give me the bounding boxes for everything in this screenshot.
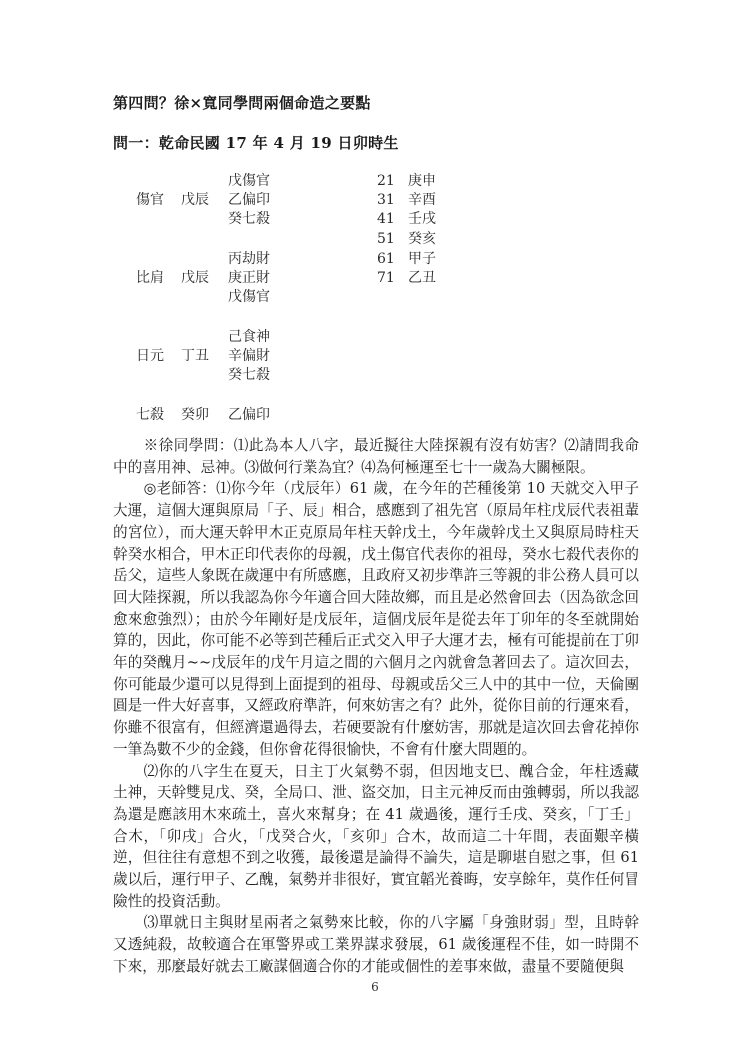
page-title: 第四問？徐×寬同學問兩個命造之要點	[113, 92, 371, 113]
luck-pillar: 乙丑	[408, 269, 436, 287]
hidden-stem: 癸七殺	[228, 210, 270, 228]
answer-paragraph-1: ◎老師答：⑴你今年（戊辰年）61 歲，在今年的芒種後第 10 天就交入甲子大運，…	[113, 478, 639, 760]
pillar-label: 七殺	[136, 406, 164, 424]
pillar-label: 比肩	[136, 269, 164, 287]
answer-paragraph-3: ⑶單就日主與財星兩者之氣勢來比較，你的八字屬「身強財弱」型，且時幹又透純殺，故較…	[113, 912, 639, 977]
luck-age: 61	[377, 250, 395, 268]
hidden-stem: 乙偏印	[228, 191, 270, 209]
luck-pillar: 壬戌	[408, 210, 436, 228]
answer-body: ※徐同學問：⑴此為本人八字，最近擬往大陸探親有沒有妨害？⑵請問我命中的喜用神、忌…	[113, 435, 639, 978]
hidden-stem: 庚正財	[228, 269, 270, 287]
document-page: 第四問？徐×寬同學問兩個命造之要點 問一：乾命民國 17 年 4 月 19 日卯…	[0, 0, 750, 1061]
pillar-label: 日元	[136, 347, 164, 365]
pillar-label: 傷官	[136, 191, 164, 209]
luck-age: 31	[377, 191, 395, 209]
luck-age: 41	[377, 210, 395, 228]
hidden-stem: 癸七殺	[228, 366, 270, 384]
hidden-stem: 己食神	[228, 328, 270, 346]
pillar-stem-branch: 癸卯	[181, 406, 209, 424]
hidden-stem: 丙劫財	[228, 250, 270, 268]
hidden-stem: 戊傷官	[228, 172, 270, 190]
hidden-stem: 乙偏印	[228, 406, 270, 424]
hidden-stem: 辛偏財	[228, 347, 270, 365]
luck-age: 71	[377, 269, 395, 287]
section-subtitle: 問一：乾命民國 17 年 4 月 19 日卯時生	[113, 132, 399, 153]
luck-pillar: 辛酉	[408, 191, 436, 209]
page-number: 6	[0, 980, 750, 994]
luck-pillar: 甲子	[408, 250, 436, 268]
answer-paragraph-2: ⑵你的八字生在夏天，日主丁火氣勢不弱，但因地支巳、醜合金，年柱透藏土神，天幹雙見…	[113, 761, 639, 913]
hidden-stem: 戊傷官	[228, 288, 270, 306]
pillar-stem-branch: 丁丑	[181, 347, 209, 365]
luck-age: 21	[377, 172, 395, 190]
luck-pillar: 癸亥	[408, 230, 436, 248]
pillar-stem-branch: 戊辰	[181, 269, 209, 287]
pillar-stem-branch: 戊辰	[181, 191, 209, 209]
luck-pillar: 庚申	[408, 172, 436, 190]
question-paragraph: ※徐同學問：⑴此為本人八字，最近擬往大陸探親有沒有妨害？⑵請問我命中的喜用神、忌…	[113, 435, 639, 478]
luck-age: 51	[377, 230, 395, 248]
